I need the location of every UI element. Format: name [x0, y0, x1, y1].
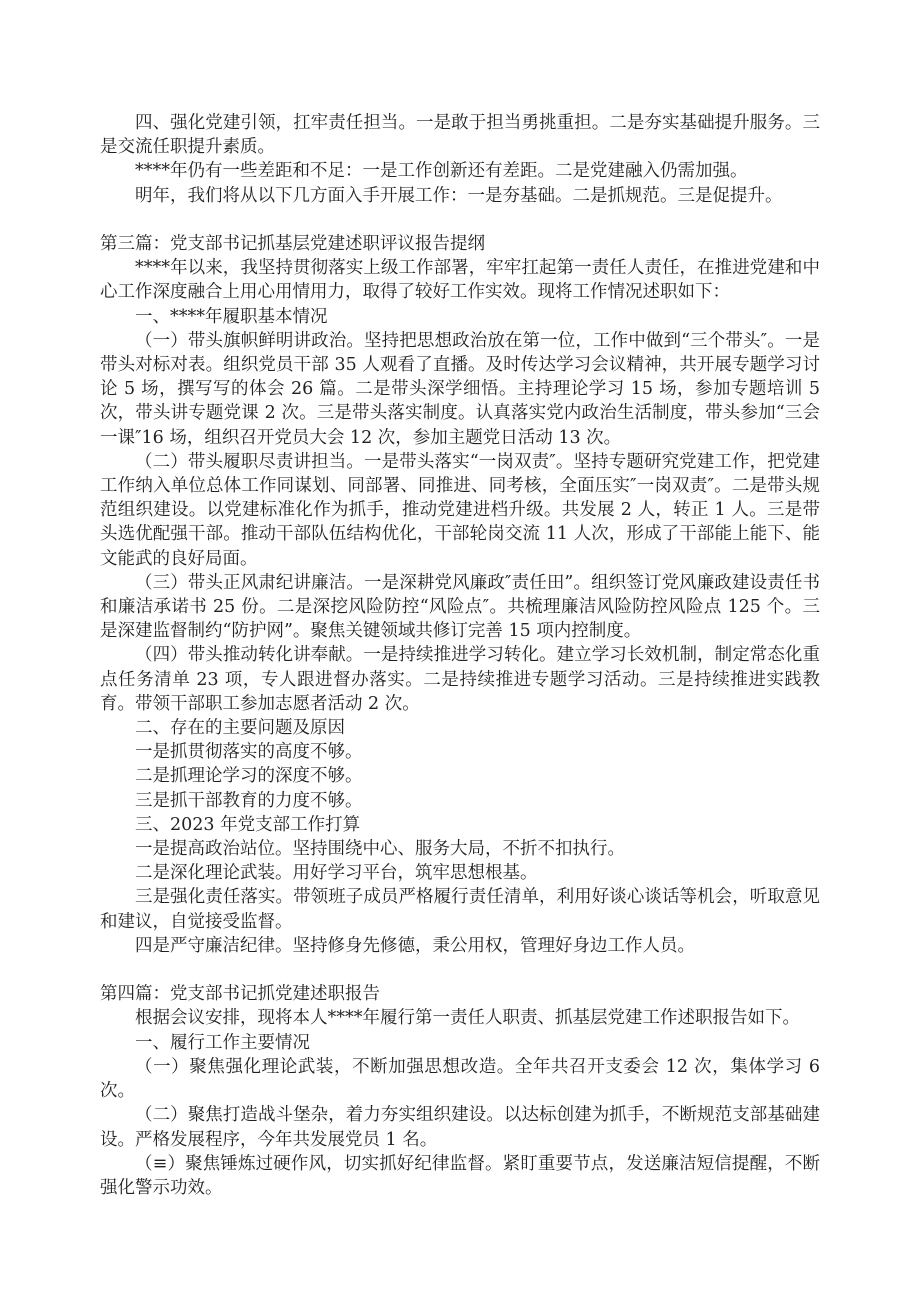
paragraph: （二）聚焦打造战斗堡杂，着力夯实组织建设。以达标创建为抓手，不断规范支部基础建设… [100, 1103, 820, 1151]
numbered-heading: 三、2023 年党支部工作打算 [100, 813, 820, 837]
paragraph: 一是抓贯彻落实的高度不够。 [100, 740, 820, 764]
paragraph: 一是提高政治站位。坚持围绕中心、服务大局，不折不扣执行。 [100, 837, 820, 861]
paragraph: （≡）聚焦锤炼过硬作风，切实抓好纪律监督。紧盯重要节点，发送廉洁短信提醒，不断强… [100, 1152, 820, 1200]
paragraph: 三是强化责任落实。带领班子成员严格履行责任清单，利用好谈心谈话等机会，听取意见和… [100, 885, 820, 933]
document-body: 四、强化党建引领，扛牢责任担当。一是敢于担当勇挑重担。二是夯实基础提升服务。三是… [100, 111, 820, 1200]
paragraph: 二是抓理论学习的深度不够。 [100, 764, 820, 788]
section-heading-part3: 第三篇：党支部书记抓基层党建述职评议报告提纲 [100, 232, 820, 256]
paragraph: （二）带头履职尽责讲担当。一是带头落实“一岗双责″。坚持专题研究党建工作，把党建… [100, 450, 820, 571]
numbered-heading: 二、存在的主要问题及原因 [100, 716, 820, 740]
paragraph: 根据会议安排，现将本人****年履行第一责任人职责、抓基层党建工作述职报告如下。 [100, 1006, 820, 1030]
paragraph: 明年，我们将从以下几方面入手开展工作：一是夯基础。二是抓规范。三是促提升。 [100, 184, 820, 208]
document-page: 四、强化党建引领，扛牢责任担当。一是敢于担当勇挑重担。二是夯实基础提升服务。三是… [0, 0, 920, 1301]
paragraph: （一）聚焦强化理论武装，不断加强思想改造。全年共召开支委会 12 次，集体学习 … [100, 1055, 820, 1103]
paragraph: 三是抓干部教育的力度不够。 [100, 789, 820, 813]
numbered-heading: 一、****年履职基本情况 [100, 305, 820, 329]
blank-line [100, 958, 820, 982]
paragraph: ****年仍有一些差距和不足：一是工作创新还有差距。二是党建融入仍需加强。 [100, 159, 820, 183]
paragraph: 二是深化理论武装。用好学习平台，筑牢思想根基。 [100, 861, 820, 885]
paragraph: 四是严守廉洁纪律。坚持修身先修德，秉公用权，管理好身边工作人员。 [100, 934, 820, 958]
blank-line [100, 208, 820, 232]
numbered-heading: 一、履行工作主要情况 [100, 1031, 820, 1055]
paragraph: （四）带头推动转化讲奉献。一是持续推进学习转化。建立学习长效机制，制定常态化重点… [100, 643, 820, 716]
section-heading-part4: 第四篇：党支部书记抓党建述职报告 [100, 982, 820, 1006]
paragraph: （一）带头旗帜鲜明讲政治。坚持把思想政治放在第一位，工作中做到“三个带头″。一是… [100, 329, 820, 450]
paragraph: 四、强化党建引领，扛牢责任担当。一是敢于担当勇挑重担。二是夯实基础提升服务。三是… [100, 111, 820, 159]
paragraph: ****年以来，我坚持贯彻落实上级工作部署，牢牢扛起第一责任人责任，在推进党建和… [100, 256, 820, 304]
paragraph: （三）带头正风肃纪讲廉洁。一是深耕党风廉政″责任田”。组织签订党风廉政建设责任书… [100, 571, 820, 644]
